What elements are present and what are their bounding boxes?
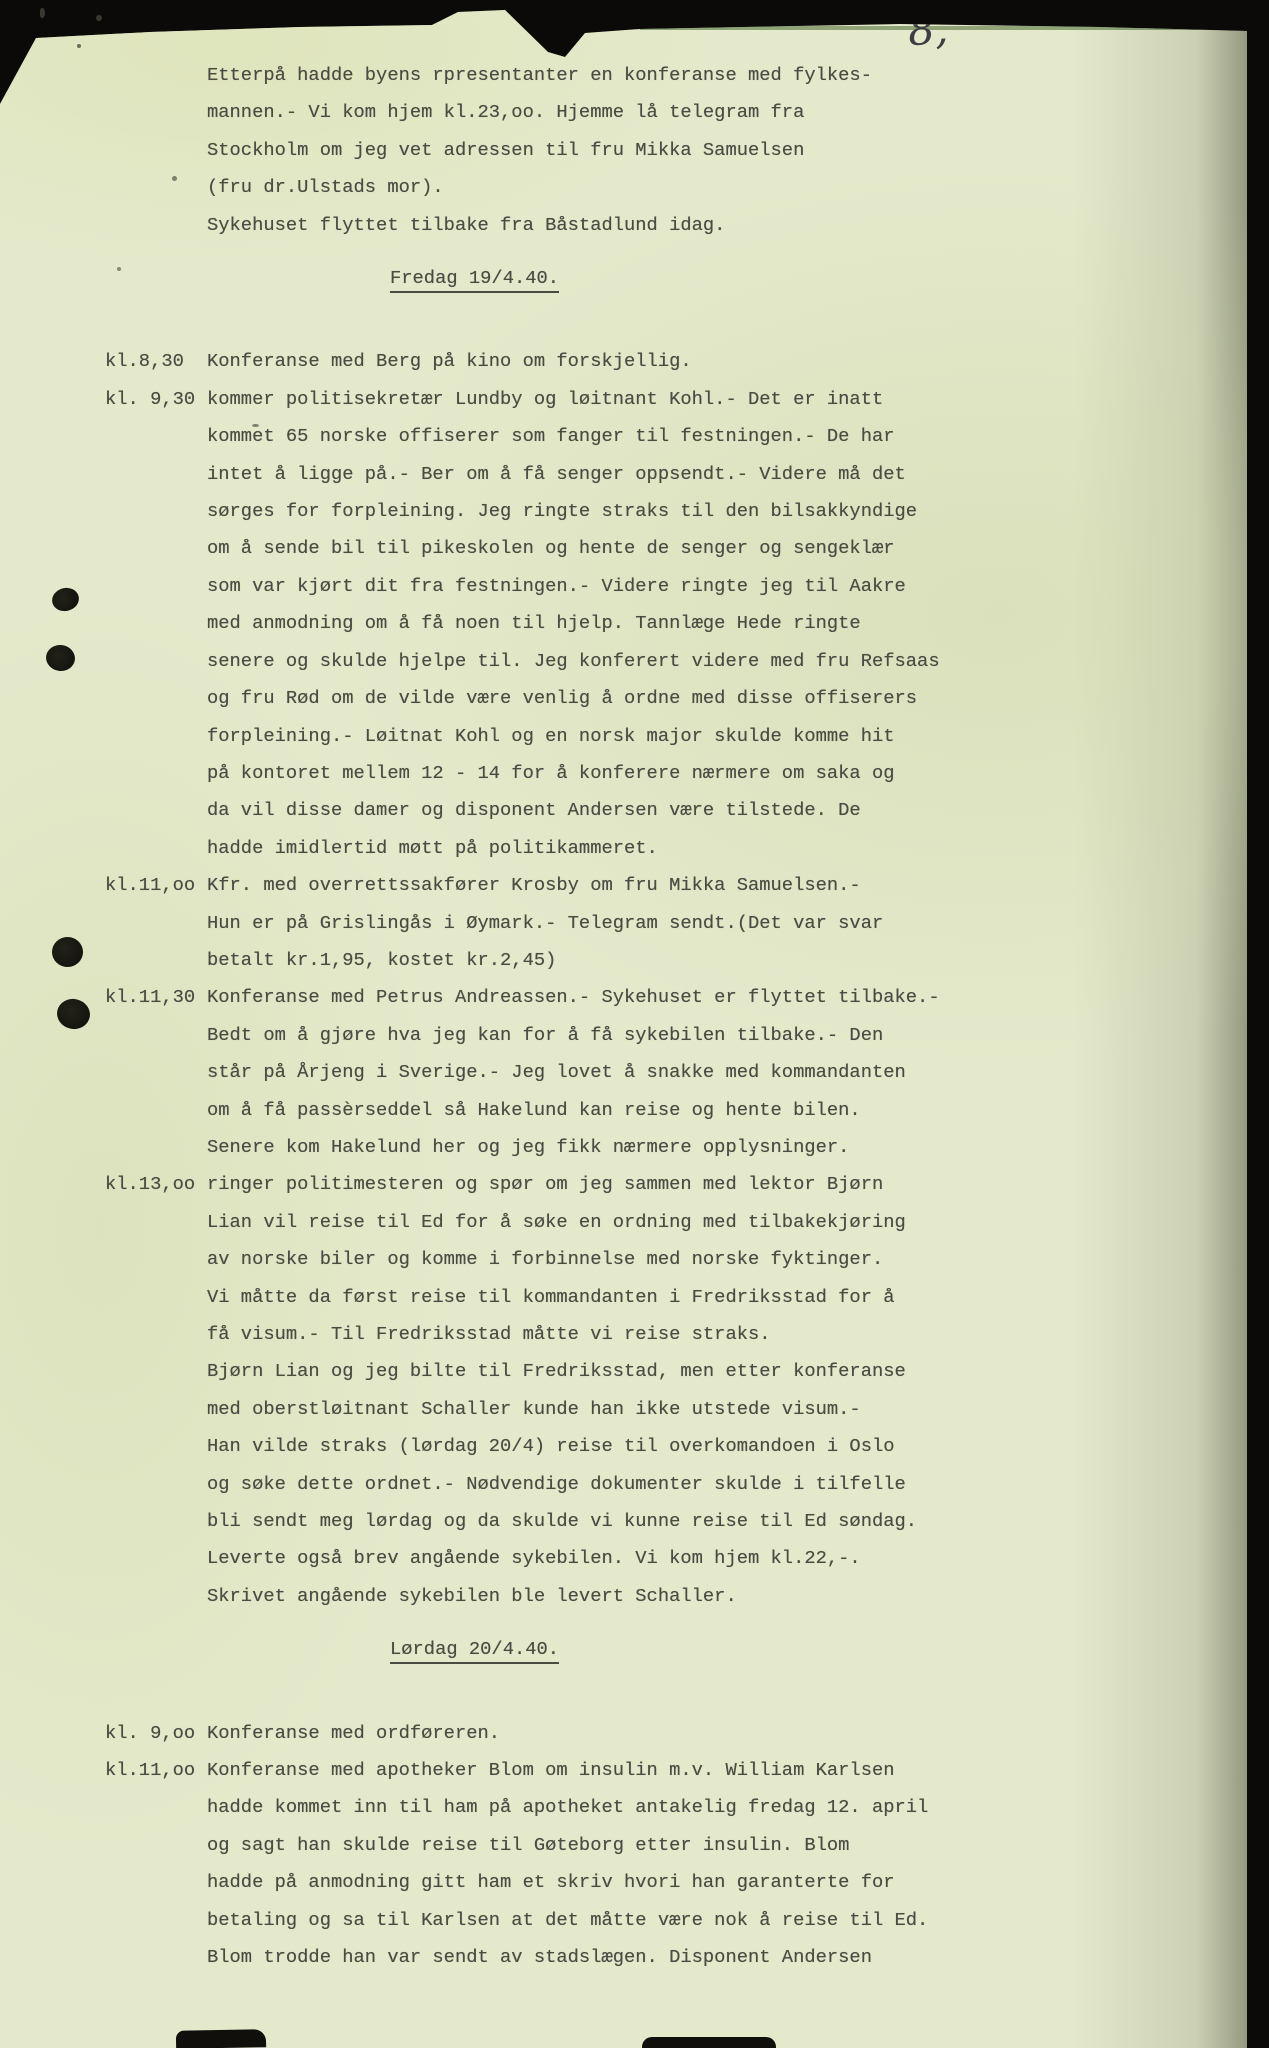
hole-punch: [52, 937, 83, 967]
text-line: Bedt om å gjøre hva jeg kan for å få syk…: [207, 1017, 1247, 1054]
entry-time: kl. 9,30: [105, 381, 207, 418]
entry-row: kl.13,ooringer politimesteren og spør om…: [105, 1166, 1247, 1615]
text-line: om å få passèrseddel så Hakelund kan rei…: [207, 1092, 1247, 1129]
scanned-page: 8, Etterpå hadde byens rpresentanter en …: [0, 0, 1269, 2048]
text-line: hadde kommet inn til ham på apotheket an…: [207, 1789, 1247, 1826]
ink-speck: [117, 267, 121, 271]
text-line: om å sende bil til pikeskolen og hente d…: [207, 530, 1247, 567]
text-line: betaling og sa til Karlsen at det måtte …: [207, 1902, 1247, 1939]
text-line: Konferanse med Berg på kino om forskjell…: [207, 343, 1247, 380]
sections-container: Fredag 19/4.40.kl.8,30Konferanse med Ber…: [105, 260, 1247, 1976]
text-line: Kfr. med overrettssakfører Krosby om fru…: [207, 867, 1247, 904]
text-line: hadde imidlertid møtt på politikammeret.: [207, 830, 1247, 867]
entry-row: kl.8,30Konferanse med Berg på kino om fo…: [105, 343, 1247, 380]
scan-shadow-mark: [642, 2037, 776, 2048]
text-line: Blom trodde han var sendt av stadslægen.…: [207, 1939, 1247, 1976]
text-line: senere og skulde hjelpe til. Jeg konfere…: [207, 643, 1247, 680]
text-line: Stockholm om jeg vet adressen til fru Mi…: [207, 132, 1247, 169]
entry-row: kl.11,ooKonferanse med apotheker Blom om…: [105, 1752, 1247, 1976]
text-line: få visum.- Til Fredriksstad måtte vi rei…: [207, 1316, 1247, 1353]
entry-row: kl.11,ooKfr. med overrettssakfører Krosb…: [105, 867, 1247, 979]
entry-time: kl.8,30: [105, 343, 207, 380]
intro-paragraph: Etterpå hadde byens rpresentanter en kon…: [207, 57, 1247, 244]
text-line: ringer politimesteren og spør om jeg sam…: [207, 1166, 1247, 1203]
entry-time: kl.11,oo: [105, 867, 207, 904]
text-line: bli sendt meg lørdag og da skulde vi kun…: [207, 1503, 1247, 1540]
text-line: Leverte også brev angående sykebilen. Vi…: [207, 1540, 1247, 1577]
text-line: intet å ligge på.- Ber om å få senger op…: [207, 456, 1247, 493]
text-line: hadde på anmodning gitt ham et skriv hvo…: [207, 1864, 1247, 1901]
entry-lines: kommer politisekretær Lundby og løitnant…: [207, 381, 1247, 867]
ink-speck: [252, 424, 259, 427]
text-line: Han vilde straks (lørdag 20/4) reise til…: [207, 1428, 1247, 1465]
paper-sheet: 8, Etterpå hadde byens rpresentanter en …: [0, 0, 1247, 2048]
text-line: Senere kom Hakelund her og jeg fikk nærm…: [207, 1129, 1247, 1166]
entry-time: kl.11,30: [105, 979, 207, 1016]
text-line: på kontoret mellem 12 - 14 for å konfere…: [207, 755, 1247, 792]
section-heading-text: Lørdag 20/4.40.: [390, 1638, 559, 1664]
text-line: som var kjørt dit fra festningen.- Vider…: [207, 568, 1247, 605]
section-heading: Lørdag 20/4.40.: [390, 1631, 1247, 1668]
text-line: kommet 65 norske offiserer som fanger ti…: [207, 418, 1247, 455]
entry-lines: ringer politimesteren og spør om jeg sam…: [207, 1166, 1247, 1615]
text-line: Vi måtte da først reise til kommandanten…: [207, 1279, 1247, 1316]
text-line: Konferanse med Petrus Andreassen.- Sykeh…: [207, 979, 1247, 1016]
text-line: med anmodning om å få noen til hjelp. Ta…: [207, 605, 1247, 642]
entry-lines: Kfr. med overrettssakfører Krosby om fru…: [207, 867, 1247, 979]
entry-time: kl.13,oo: [105, 1166, 207, 1203]
entry-lines: Konferanse med Berg på kino om forskjell…: [207, 343, 1247, 380]
text-line: (fru dr.Ulstads mor).: [207, 169, 1247, 206]
text-line: med oberstløitnant Schaller kunde han ik…: [207, 1391, 1247, 1428]
text-line: av norske biler og komme i forbinnelse m…: [207, 1241, 1247, 1278]
text-line: Konferanse med ordføreren.: [207, 1715, 1247, 1752]
text-line: står på Årjeng i Sverige.- Jeg lovet å s…: [207, 1054, 1247, 1091]
text-line: og fru Rød om de vilde være venlig å ord…: [207, 680, 1247, 717]
ink-speck: [172, 176, 177, 181]
text-line: kommer politisekretær Lundby og løitnant…: [207, 381, 1247, 418]
ink-speck: [96, 15, 102, 21]
section-heading: Fredag 19/4.40.: [390, 260, 1247, 297]
entry-lines: Konferanse med ordføreren.: [207, 1715, 1247, 1752]
text-line: Bjørn Lian og jeg bilte til Fredriksstad…: [207, 1353, 1247, 1390]
text-line: Lian vil reise til Ed for å søke en ordn…: [207, 1204, 1247, 1241]
text-line: og sagt han skulde reise til Gøteborg et…: [207, 1827, 1247, 1864]
text-line: forpleining.- Løitnat Kohl og en norsk m…: [207, 718, 1247, 755]
entry-lines: Konferanse med apotheker Blom om insulin…: [207, 1752, 1247, 1976]
section-heading-text: Fredag 19/4.40.: [390, 267, 559, 293]
document-body: Etterpå hadde byens rpresentanter en kon…: [0, 0, 1247, 1977]
entry-row: kl. 9,30kommer politisekretær Lundby og …: [105, 381, 1247, 867]
text-line: Sykehuset flyttet tilbake fra Båstadlund…: [207, 207, 1247, 244]
scan-shadow-mark: [176, 2029, 266, 2048]
entry-lines: Konferanse med Petrus Andreassen.- Sykeh…: [207, 979, 1247, 1166]
text-line: Hun er på Grislingås i Øymark.- Telegram…: [207, 905, 1247, 942]
ink-speck: [40, 8, 45, 18]
text-line: og søke dette ordnet.- Nødvendige dokume…: [207, 1466, 1247, 1503]
entry-time: kl. 9,oo: [105, 1715, 207, 1752]
text-line: mannen.- Vi kom hjem kl.23,oo. Hjemme lå…: [207, 94, 1247, 131]
text-line: betalt kr.1,95, kostet kr.2,45): [207, 942, 1247, 979]
entry-time: kl.11,oo: [105, 1752, 207, 1789]
text-line: Skrivet angående sykebilen ble levert Sc…: [207, 1578, 1247, 1615]
text-line: Etterpå hadde byens rpresentanter en kon…: [207, 57, 1247, 94]
entry-row: kl.11,30Konferanse med Petrus Andreassen…: [105, 979, 1247, 1166]
entry-row: kl. 9,ooKonferanse med ordføreren.: [105, 1715, 1247, 1752]
ink-speck: [77, 44, 81, 48]
text-line: Konferanse med apotheker Blom om insulin…: [207, 1752, 1247, 1789]
text-line: sørges for forpleining. Jeg ringte strak…: [207, 493, 1247, 530]
text-line: da vil disse damer og disponent Andersen…: [207, 792, 1247, 829]
